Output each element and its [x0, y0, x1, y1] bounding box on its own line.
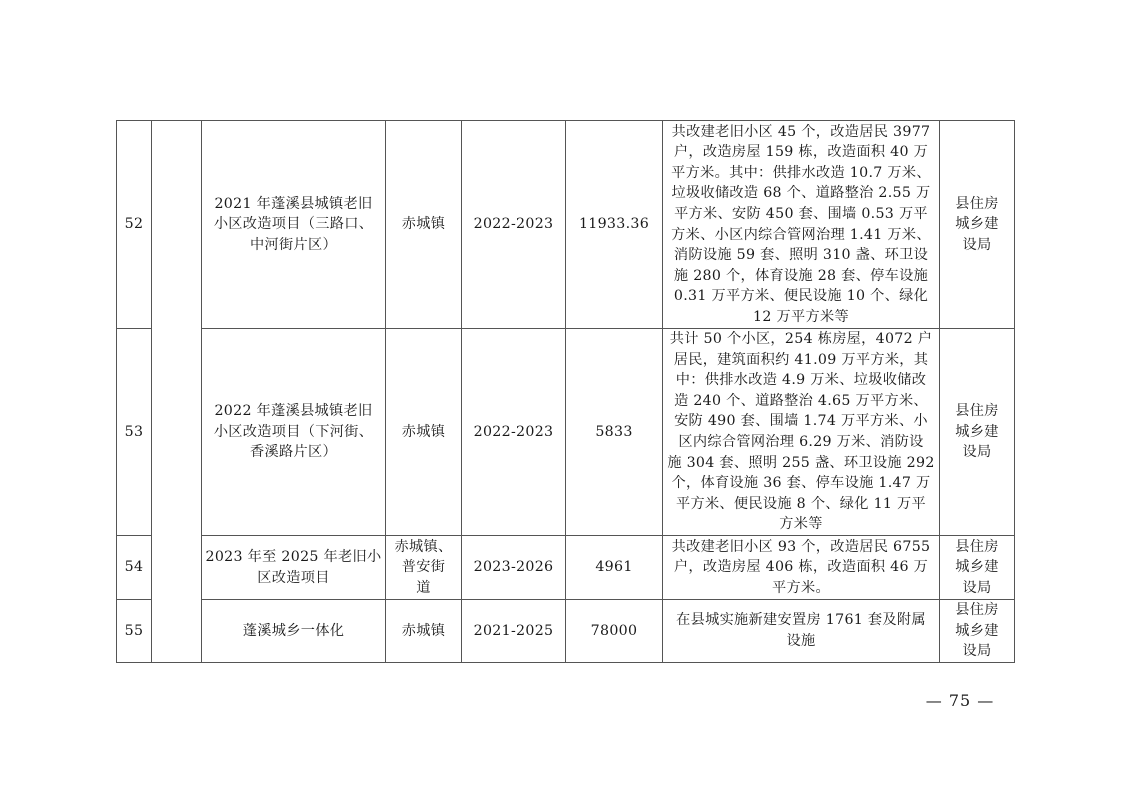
content-line: 平方米。其中：供排水改造 10.7 万米、 — [665, 163, 937, 184]
content-line: 共计 50 个小区，254 栋房屋，4072 户 — [665, 329, 937, 350]
construction-content: 在县城实施新建安置房 1761 套及附属 设施 — [663, 600, 940, 663]
project-name: 2023 年至 2025 年老旧小 区改造项目 — [202, 536, 386, 600]
content-line: 个，体育设施 36 套、停车设施 1.47 万 — [665, 473, 937, 494]
content-line: 施 280 个，体育设施 28 套、停车设施 — [665, 266, 937, 287]
responsible-department: 县住房 城乡建 设局 — [940, 536, 1015, 600]
project-name-line: 区改造项目 — [204, 568, 383, 589]
project-name-line: 蓬溪城乡一体化 — [204, 621, 383, 642]
department-line: 设局 — [942, 235, 1012, 256]
project-location: 赤城镇、 普安街 道 — [386, 536, 462, 600]
content-line: 共改建老旧小区 93 个，改造居民 6755 — [665, 537, 937, 558]
department-line: 县住房 — [942, 194, 1012, 215]
department-line: 设局 — [942, 641, 1012, 662]
content-line: 户，改造房屋 159 栋，改造面积 40 万 — [665, 142, 937, 163]
project-name: 2022 年蓬溪县城镇老旧 小区改造项目（下河街、 香溪路片区） — [202, 329, 386, 536]
table-row: 55 蓬溪城乡一体化 赤城镇 2021-2025 78000 在县城实施新建安置… — [117, 600, 1015, 663]
table-row: 52 2021 年蓬溪县城镇老旧 小区改造项目（三路口、 中河街片区） 赤城镇 … — [117, 121, 1015, 329]
row-number: 54 — [117, 536, 152, 600]
row-number: 53 — [117, 329, 152, 536]
content-line: 消防设施 59 套、照明 310 盏、环卫设 — [665, 245, 937, 266]
content-line: 12 万平方米等 — [665, 307, 937, 328]
department-line: 设局 — [942, 578, 1012, 599]
content-line: 区内综合管网治理 6.29 万米、消防设 — [665, 432, 937, 453]
content-line: 方米、小区内综合管网治理 1.41 万米、 — [665, 225, 937, 246]
project-name-line: 2023 年至 2025 年老旧小 — [204, 547, 383, 568]
department-line: 城乡建 — [942, 621, 1012, 642]
department-line: 城乡建 — [942, 214, 1012, 235]
construction-period: 2022-2023 — [462, 329, 566, 536]
content-line: 平方米、安防 450 套、围墙 0.53 万平 — [665, 204, 937, 225]
table-row: 53 2022 年蓬溪县城镇老旧 小区改造项目（下河街、 香溪路片区） 赤城镇 … — [117, 329, 1015, 536]
responsible-department: 县住房 城乡建 设局 — [940, 600, 1015, 663]
location-line: 赤城镇 — [388, 621, 459, 642]
content-line: 中：供排水改造 4.9 万米、垃圾收储改 — [665, 370, 937, 391]
content-line: 共改建老旧小区 45 个，改造居民 3977 — [665, 122, 937, 143]
page-number: — 75 — — [918, 691, 1002, 710]
location-line: 赤城镇 — [388, 422, 459, 443]
table-row: 54 2023 年至 2025 年老旧小 区改造项目 赤城镇、 普安街 道 20… — [117, 536, 1015, 600]
content-line: 方米等 — [665, 514, 937, 535]
department-line: 城乡建 — [942, 422, 1012, 443]
project-name-line: 2021 年蓬溪县城镇老旧 — [204, 194, 383, 215]
location-line: 普安街 — [388, 557, 459, 578]
row-number: 55 — [117, 600, 152, 663]
construction-content: 共改建老旧小区 45 个，改造居民 3977 户，改造房屋 159 栋，改造面积… — [663, 121, 940, 329]
department-line: 县住房 — [942, 537, 1012, 558]
content-line: 施 304 套、照明 255 盏、环卫设施 292 — [665, 453, 937, 474]
content-line: 造 240 个、道路整治 4.65 万平方米、 — [665, 391, 937, 412]
content-line: 垃圾收储改造 68 个、道路整治 2.55 万 — [665, 183, 937, 204]
content-line: 0.31 万平方米、便民设施 10 个、绿化 — [665, 286, 937, 307]
project-name-line: 小区改造项目（下河街、 — [204, 422, 383, 443]
content-line: 平方米、便民设施 8 个、绿化 11 万平 — [665, 494, 937, 515]
construction-period: 2021-2025 — [462, 600, 566, 663]
department-line: 设局 — [942, 442, 1012, 463]
construction-content: 共计 50 个小区，254 栋房屋，4072 户 居民，建筑面积约 41.09 … — [663, 329, 940, 536]
row-number: 52 — [117, 121, 152, 329]
project-name-line: 香溪路片区） — [204, 442, 383, 463]
project-location: 赤城镇 — [386, 121, 462, 329]
project-name: 蓬溪城乡一体化 — [202, 600, 386, 663]
project-table: 52 2021 年蓬溪县城镇老旧 小区改造项目（三路口、 中河街片区） 赤城镇 … — [116, 120, 1015, 663]
project-location: 赤城镇 — [386, 600, 462, 663]
project-name: 2021 年蓬溪县城镇老旧 小区改造项目（三路口、 中河街片区） — [202, 121, 386, 329]
investment-amount: 78000 — [566, 600, 663, 663]
content-line: 平方米。 — [665, 578, 937, 599]
department-line: 县住房 — [942, 401, 1012, 422]
investment-amount: 4961 — [566, 536, 663, 600]
content-line: 居民，建筑面积约 41.09 万平方米，其 — [665, 350, 937, 371]
responsible-department: 县住房 城乡建 设局 — [940, 121, 1015, 329]
construction-period: 2023-2026 — [462, 536, 566, 600]
project-name-line: 2022 年蓬溪县城镇老旧 — [204, 401, 383, 422]
construction-content: 共改建老旧小区 93 个，改造居民 6755 户，改造房屋 406 栋，改造面积… — [663, 536, 940, 600]
category-cell-merged — [152, 121, 202, 663]
construction-period: 2022-2023 — [462, 121, 566, 329]
content-line: 设施 — [665, 631, 937, 652]
investment-amount: 5833 — [566, 329, 663, 536]
department-line: 县住房 — [942, 600, 1012, 621]
content-line: 在县城实施新建安置房 1761 套及附属 — [665, 610, 937, 631]
content-line: 安防 490 套、围墙 1.74 万平方米、小 — [665, 411, 937, 432]
location-line: 赤城镇 — [388, 214, 459, 235]
document-page: 52 2021 年蓬溪县城镇老旧 小区改造项目（三路口、 中河街片区） 赤城镇 … — [0, 0, 1122, 793]
content-line: 户，改造房屋 406 栋，改造面积 46 万 — [665, 557, 937, 578]
department-line: 城乡建 — [942, 557, 1012, 578]
project-location: 赤城镇 — [386, 329, 462, 536]
investment-amount: 11933.36 — [566, 121, 663, 329]
project-name-line: 中河街片区） — [204, 235, 383, 256]
project-name-line: 小区改造项目（三路口、 — [204, 214, 383, 235]
responsible-department: 县住房 城乡建 设局 — [940, 329, 1015, 536]
location-line: 赤城镇、 — [388, 537, 459, 558]
location-line: 道 — [388, 578, 459, 599]
